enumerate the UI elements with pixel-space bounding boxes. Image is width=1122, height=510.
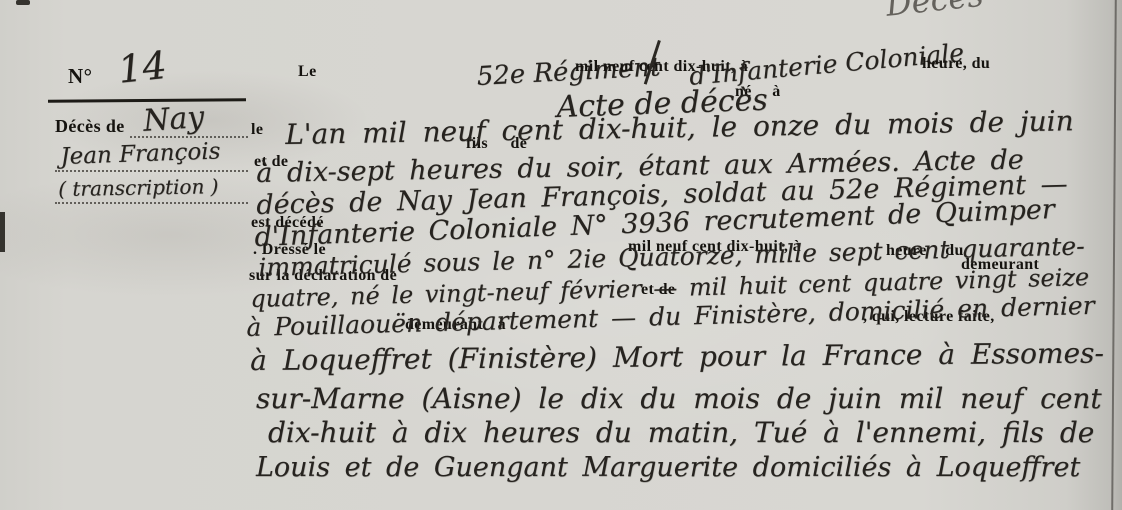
act-line-11: Louis et de Guengant Marguerite domicili… bbox=[256, 452, 1080, 483]
scan-mark-left-edge bbox=[0, 212, 5, 252]
margin-rule bbox=[48, 98, 246, 102]
form-le-header: Le bbox=[298, 63, 317, 81]
act-line-10: dix-huit à dix heures du matin, Tué à l'… bbox=[268, 416, 1094, 449]
pencil-annotation: Décès bbox=[884, 0, 985, 24]
act-line-9: sur-Marne (Aisne) le dix du mois de juin… bbox=[256, 382, 1102, 415]
deces-de-label: Décès de bbox=[55, 116, 125, 137]
act-line-1: L'an mil neuf cent dix-huit, le onze du … bbox=[285, 104, 1074, 151]
record-number-value: 14 bbox=[116, 43, 169, 92]
leader-line-3 bbox=[55, 202, 248, 204]
page-fold-line bbox=[1111, 0, 1117, 510]
scan-mark-top-left bbox=[16, 0, 30, 5]
transcription-note: ( transcription ) bbox=[58, 174, 219, 201]
record-number-label: N° bbox=[68, 64, 92, 89]
form-le-body: le bbox=[251, 121, 263, 139]
leader-line-2 bbox=[55, 170, 248, 172]
deceased-surname: Nay bbox=[142, 100, 205, 139]
deceased-given-names: Jean François bbox=[60, 138, 221, 170]
death-record-scan: Décès N° 14 Décès de Nay Jean François (… bbox=[0, 0, 1122, 510]
act-line-8: à Loqueffret (Finistère) Mort pour la Fr… bbox=[250, 337, 1104, 377]
form-heure-du-header: heure, du bbox=[922, 55, 990, 73]
